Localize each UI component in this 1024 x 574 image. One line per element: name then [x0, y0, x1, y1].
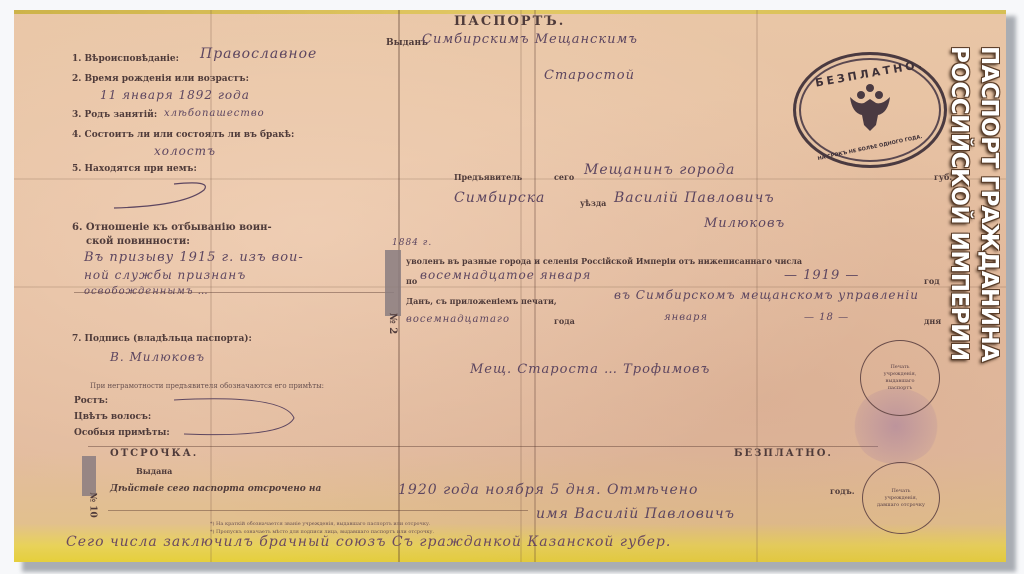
- trait-marks: Особыя примѣты:: [74, 428, 170, 438]
- divider: [108, 510, 528, 511]
- holder-value-2: Симбирска: [454, 190, 545, 206]
- field-value-birth: 11 января 1892 года: [100, 88, 250, 102]
- military-value-1: Въ призыву 1915 г. изъ вои-: [84, 250, 304, 265]
- holder-value-3: Василій Павловичъ: [614, 190, 775, 206]
- given-day-value: — 18 —: [804, 312, 849, 323]
- loop-scribble-icon: [164, 394, 314, 444]
- given-year-label: года: [554, 316, 575, 326]
- holder-value-1: Мещанинъ города: [584, 162, 735, 178]
- deferral-handwriting-1: 1920 года ноября 5 дня. Отмѣчено: [398, 482, 698, 498]
- center-divider: [534, 10, 536, 562]
- given-day-suffix: дня: [924, 316, 941, 326]
- permit-to-label: по: [406, 276, 417, 286]
- field-label-birth: 2. Время рожденія или возрастъ:: [72, 74, 249, 84]
- permit-to-value: восемнадцатое января: [420, 268, 591, 282]
- tab-number-1: № 2: [387, 313, 398, 334]
- footnote-1: *) На краткій обозначается званіе учрежд…: [210, 521, 431, 527]
- field-label-occupation: 3. Родъ занятій:: [72, 110, 157, 120]
- illiterate-note: При неграмотности предъявителя обозначаю…: [90, 382, 324, 390]
- holder-value-4: Милюковъ: [704, 216, 785, 231]
- deferral-issued-label: Выдана: [136, 466, 172, 476]
- free-stamp-bottom-text: НА СРОКЪ НЕ БОЛѢЕ ОДНОГО ГОДА.: [797, 130, 943, 167]
- tab-marker: [82, 456, 96, 496]
- field-label-with-him: 5. Находятся при немъ:: [72, 164, 197, 174]
- permit-year: — 1919 —: [784, 268, 859, 283]
- divider: [88, 446, 878, 447]
- slide-title: ПАСПОРТ ГРАЖДАНИНА РОССИЙСКОЙ ИМПЕРИИ: [944, 46, 1004, 406]
- issued-by-value: Симбирскимъ Мещанскимъ: [422, 32, 638, 47]
- slide-title-line-1: ПАСПОРТ ГРАЖДАНИНА: [974, 46, 1004, 406]
- seal-text-issued: Печать учрежденія, выдавшаго паспортъ: [876, 364, 924, 392]
- free-stamp: БЕЗПЛАТНО. НА СРОКЪ НЕ БОЛѢЕ ОДНОГО ГОДА…: [793, 52, 947, 168]
- signature-value: В. Милюковъ: [110, 350, 205, 364]
- holder-uezd: уѣзда: [580, 198, 606, 208]
- field-label-religion: 1. Вѣроисповѣданіе:: [72, 54, 179, 64]
- year-note: 1884 г.: [392, 238, 432, 248]
- tab-number-2: № 10: [88, 492, 98, 517]
- given-value: въ Симбирскомъ мещанскомъ управленіи: [614, 288, 919, 302]
- seal-placeholder-issued: Печать учрежденія, выдавшаго паспортъ: [860, 340, 940, 416]
- deferral-handwriting-2: имя Василій Павловичъ: [536, 506, 735, 522]
- slide: ПАСПОРТЪ. Выданъ Симбирскимъ Мещанскимъ …: [0, 0, 1024, 574]
- deferral-heading: ОТСРОЧКА.: [110, 448, 198, 459]
- issued-by-value-2: Старостой: [544, 68, 635, 83]
- field-value-occupation: хлѣбопашество: [164, 108, 265, 119]
- passport-heading: ПАСПОРТЪ.: [454, 14, 565, 29]
- military-value-2: ной службы признанъ: [84, 268, 246, 282]
- military-label-2: ской повинности:: [86, 236, 190, 247]
- tab-marker: [385, 250, 401, 316]
- trait-height: Ростъ:: [74, 396, 108, 406]
- given-label: Данъ, съ приложеніемъ печати,: [406, 296, 557, 306]
- deferral-free: БЕЗПЛАТНО.: [734, 448, 833, 459]
- seal-placeholder-deferral: Печать учрежденія, давшаго отсрочку: [862, 462, 940, 534]
- holder-label: Предъявитель: [454, 172, 522, 182]
- military-label-1: 6. Отношеніе къ отбыванію воин-: [72, 222, 272, 233]
- slide-title-line-2: РОССИЙСКОЙ ИМПЕРИИ: [944, 46, 974, 406]
- given-date-value: восемнадцатаго: [406, 314, 510, 325]
- field-value-religion: Православное: [200, 46, 317, 62]
- bottom-handwriting: Сего числа заключилъ брачный союзъ Съ гр…: [66, 534, 671, 550]
- dash-scribble-icon: [94, 178, 234, 218]
- deferral-year-label: годъ.: [830, 486, 855, 496]
- given-month-value: января: [664, 312, 708, 323]
- permit-text: уволенъ въ разные города и селенія Россі…: [406, 256, 802, 266]
- trait-hair: Цвѣтъ волосъ:: [74, 412, 151, 422]
- permit-year-suffix: год: [924, 276, 940, 286]
- passport-image: ПАСПОРТЪ. Выданъ Симбирскимъ Мещанскимъ …: [14, 10, 1006, 562]
- field-label-marriage: 4. Состоитъ ли или состоялъ ли въ бракѣ:: [72, 130, 294, 140]
- signature-label: 7. Подпись (владѣльца паспорта):: [72, 334, 252, 344]
- field-value-marriage: холостъ: [154, 144, 216, 158]
- seal-text-deferral: Печать учрежденія, давшаго отсрочку: [877, 488, 925, 509]
- divider: [74, 292, 394, 293]
- deferral-valid-label: Дѣйствіе сего паспорта отсрочено на: [110, 484, 321, 494]
- holder-conj: сего: [554, 172, 574, 182]
- official-signature: Мещ. Староста … Трофимовъ: [470, 362, 710, 377]
- double-headed-eagle-icon: [846, 83, 894, 133]
